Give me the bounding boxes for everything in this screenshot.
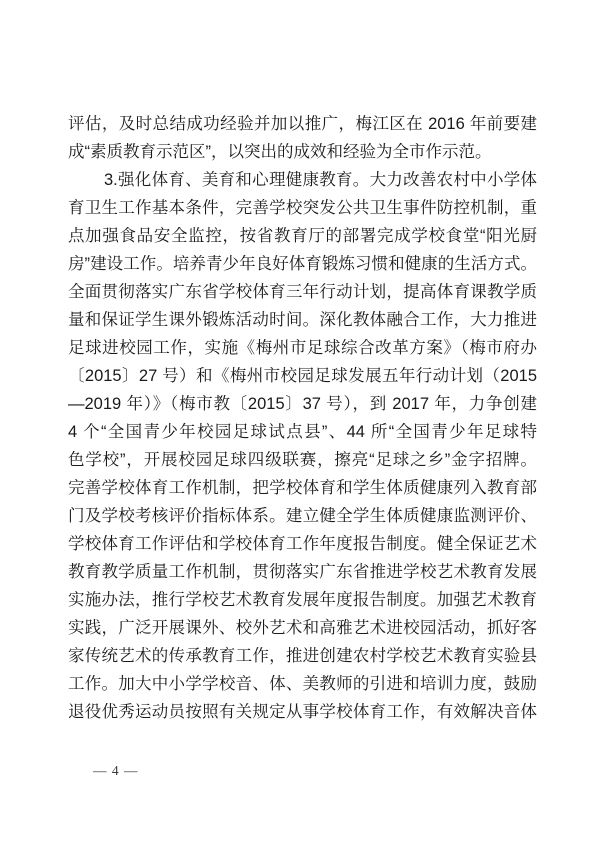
text-line: 足球进校园工作，实施《梅州市足球综合改革方案》（梅市府办 [68, 334, 537, 362]
text-line: 3.强化体育、美育和心理健康教育。大力改善农村中小学体 [68, 166, 537, 194]
text-line: 学校体育工作评估和学校体育工作年度报告制度。健全保证艺术 [68, 530, 537, 558]
text-line: 成“素质教育示范区”，以突出的成效和经验为全市作示范。 [68, 138, 537, 166]
text-line: 育卫生工作基本条件，完善学校突发公共卫生事件防控机制，重 [68, 194, 537, 222]
text-line: 4 个“全国青少年校园足球试点县”、44 所“全国青少年足球特 [68, 418, 537, 446]
text-line: 全面贯彻落实广东省学校体育三年行动计划，提高体育课教学质 [68, 278, 537, 306]
text-line: 门及学校考核评价指标体系。建立健全学生体质健康监测评价、 [68, 502, 537, 530]
text-line: —2019 年）》（梅市教〔2015〕37 号），到 2017 年，力争创建 [68, 390, 537, 418]
page-number: — 4 — [93, 763, 139, 779]
document-body: 评估，及时总结成功经验并加以推广，梅江区在 2016 年前要建成“素质教育示范区… [68, 110, 537, 726]
text-line: 退役优秀运动员按照有关规定从事学校体育工作，有效解决音体 [68, 698, 537, 726]
text-line: 实践，广泛开展课外、校外艺术和高雅艺术进校园活动，抓好客 [68, 614, 537, 642]
text-line: 工作。加大中小学学校音、体、美教师的引进和培训力度，鼓励 [68, 670, 537, 698]
text-line: 实施办法，推行学校艺术教育发展年度报告制度。加强艺术教育 [68, 586, 537, 614]
text-line: 评估，及时总结成功经验并加以推广，梅江区在 2016 年前要建 [68, 110, 537, 138]
text-line: 教育教学质量工作机制，贯彻落实广东省推进学校艺术教育发展 [68, 558, 537, 586]
text-line: 完善学校体育工作机制，把学校体育和学生体质健康列入教育部 [68, 474, 537, 502]
text-line: 色学校”，开展校园足球四级联赛，擦亮“足球之乡”金字招牌。 [68, 446, 537, 474]
document-page: 评估，及时总结成功经验并加以推广，梅江区在 2016 年前要建成“素质教育示范区… [0, 0, 595, 842]
text-line: 家传统艺术的传承教育工作，推进创建农村学校艺术教育实验县 [68, 642, 537, 670]
text-line: 量和保证学生课外锻炼活动时间。深化教体融合工作，大力推进 [68, 306, 537, 334]
text-line: 房”建设工作。培养青少年良好体育锻炼习惯和健康的生活方式。 [68, 250, 537, 278]
text-line: 点加强食品安全监控，按省教育厅的部署完成学校食堂“阳光厨 [68, 222, 537, 250]
text-line: 〔2015〕27 号）和《梅州市校园足球发展五年行动计划（2015 [68, 362, 537, 390]
